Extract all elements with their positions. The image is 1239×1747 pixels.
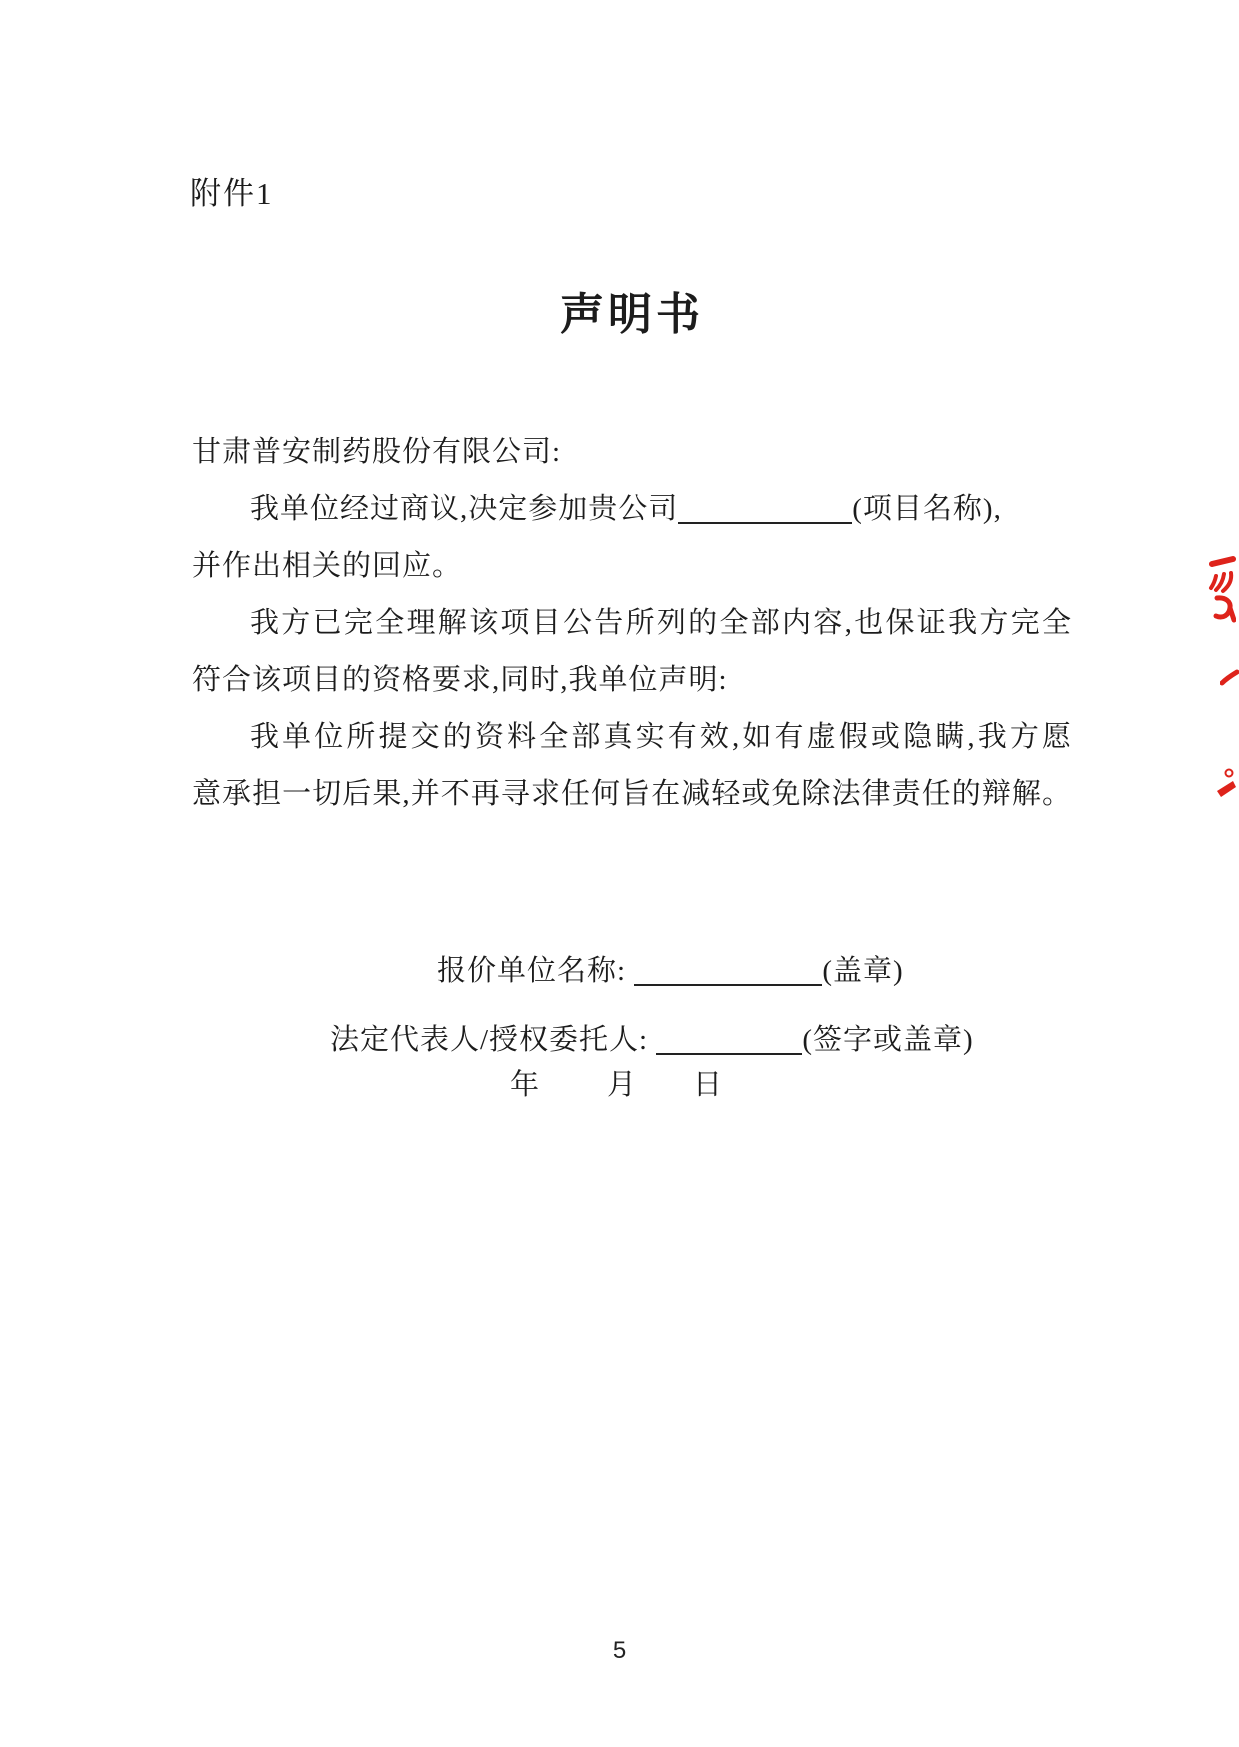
company-signature-line: 报价单位名称: (盖章): [437, 948, 904, 989]
date-line: 年月日: [510, 1062, 722, 1103]
representative-sign-note: (签字或盖章): [802, 1024, 973, 1056]
company-name-label: 报价单位名称:: [437, 955, 626, 987]
salutation-line: 甘肃普安制药股份有限公司:: [192, 424, 1072, 481]
understanding-line-2: 符合该项目的资格要求,同时,我单位声明:: [192, 652, 1072, 709]
red-seal-fragment-top: [1208, 554, 1236, 624]
document-title: 声明书: [192, 278, 1072, 342]
request-line: 我单位经过商议,决定参加贵公司(项目名称),: [192, 481, 1072, 538]
attachment-label: 附件1: [190, 168, 274, 213]
company-name-blank: [634, 974, 822, 986]
project-name-blank: [678, 512, 852, 524]
project-name-suffix: (项目名称),: [852, 493, 1002, 525]
representative-signature-line: 法定代表人/授权委托人: (签字或盖章): [330, 1017, 974, 1058]
document-body: 甘肃普安制药股份有限公司: 我单位经过商议,决定参加贵公司(项目名称), 并作出…: [192, 424, 1072, 823]
date-year-label: 年: [510, 1069, 539, 1101]
representative-label: 法定代表人/授权委托人:: [330, 1024, 648, 1056]
response-line: 并作出相关的回应。: [192, 538, 1072, 595]
page-number: 5: [0, 1637, 1239, 1665]
request-text: 我单位经过商议,决定参加贵公司: [250, 493, 678, 525]
representative-name-blank: [656, 1043, 802, 1055]
declaration-line-1: 我单位所提交的资料全部真实有效,如有虚假或隐瞒,我方愿: [192, 709, 1072, 766]
declaration-line-2: 意承担一切后果,并不再寻求任何旨在减轻或免除法律责任的辩解。: [192, 766, 1072, 823]
red-seal-fragment-middle: [1220, 669, 1239, 687]
company-seal-note: (盖章): [822, 955, 903, 987]
understanding-line-1: 我方已完全理解该项目公告所列的全部内容,也保证我方完全: [192, 595, 1072, 652]
date-month-label: 月: [607, 1069, 636, 1101]
red-seal-fragment-bottom: [1216, 767, 1239, 799]
document-page: 附件1 声明书 甘肃普安制药股份有限公司: 我单位经过商议,决定参加贵公司(项目…: [0, 0, 1239, 1747]
date-day-label: 日: [693, 1069, 722, 1101]
